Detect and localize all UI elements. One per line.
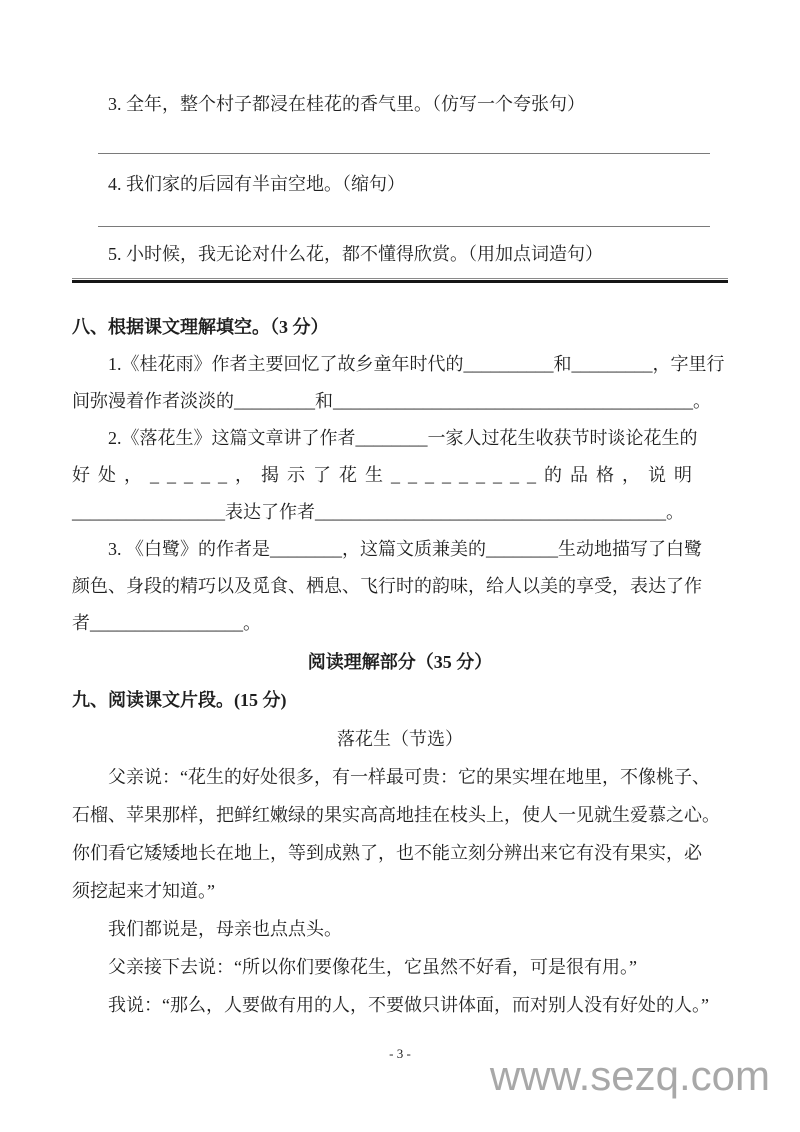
passage-line: 石榴、苹果那样，把鲜红嫩绿的果实高高地挂在枝头上，使人一见就生爱慕之心。 [72,796,728,834]
fill-blank-question-2: 2.《落花生》这篇文章讲了作者________一家人过花生收获节时谈论花生的 好… [72,420,728,531]
document-content: 3. 全年，整个村子都浸在桂花的香气里。（仿写一个夸张句） 4. 我们家的后园有… [72,0,728,1024]
question-line: 颜色、身段的精巧以及觅食、栖息、飞行时的韵味，给人以美的享受，表达了作 [72,568,728,605]
passage-line: 父亲接下去说：“所以你们要像花生，它虽然不好看，可是很有用。” [72,948,728,986]
section-divider-rule [72,278,728,283]
passage-paragraph-2: 我们都说是，母亲也点点头。 [72,910,728,948]
passage-line: 父亲说：“花生的好处很多，有一样最可贵：它的果实埋在地里，不像桃子、 [72,758,728,796]
passage-line: 须挖起来才知道。” [72,872,728,910]
passage-line: 你们看它矮矮地长在地上，等到成熟了，也不能立刻分辨出来它有没有果实，必 [72,834,728,872]
question-5-sentence: 5. 小时候，我无论对什么花，都不懂得欣赏。（用加点词造句） [72,236,728,273]
question-line: 3. 《白鹭》的作者是________，这篇文质兼美的________生动地描写… [72,531,728,568]
question-3-sentence: 3. 全年，整个村子都浸在桂花的香气里。（仿写一个夸张句） [72,86,728,123]
question-line: 好处，_____，揭示了花生_________的品格，说明 [72,457,728,494]
fill-blank-question-3: 3. 《白鹭》的作者是________，这篇文质兼美的________生动地描写… [72,531,728,642]
watermark-text: www.sezq.com [490,1052,770,1100]
section-nine-heading: 九、阅读课文片段。(15 分) [72,682,728,719]
document-page: 3. 全年，整个村子都浸在桂花的香气里。（仿写一个夸张句） 4. 我们家的后园有… [0,0,800,1132]
question-line: 间弥漫着作者淡淡的_________和_____________________… [72,383,728,420]
question-line: _________________表达了作者__________________… [72,494,728,531]
answer-blank-line-2 [98,226,710,227]
passage-paragraph-3: 父亲接下去说：“所以你们要像花生，它虽然不好看，可是很有用。” [72,948,728,986]
question-line: 2.《落花生》这篇文章讲了作者________一家人过花生收获节时谈论花生的 [72,420,728,457]
question-line: 1.《桂花雨》作者主要回忆了故乡童年时代的__________和________… [72,346,728,383]
fill-blank-question-1: 1.《桂花雨》作者主要回忆了故乡童年时代的__________和________… [72,346,728,420]
section-eight-heading: 八、根据课文理解填空。（3 分） [72,309,728,346]
passage-paragraph-4: 我说：“那么，人要做有用的人，不要做只讲体面，而对别人没有好处的人。” [72,986,728,1024]
passage-paragraph-1: 父亲说：“花生的好处很多，有一样最可贵：它的果实埋在地里，不像桃子、 石榴、苹果… [72,758,728,910]
passage-line: 我说：“那么，人要做有用的人，不要做只讲体面，而对别人没有好处的人。” [72,986,728,1024]
question-line: 者_________________。 [72,605,728,642]
passage-line: 我们都说是，母亲也点点头。 [72,910,728,948]
reading-part-heading: 阅读理解部分（35 分） [72,644,728,681]
answer-blank-line-1 [98,153,710,154]
passage-title: 落花生（节选） [72,721,728,758]
question-4-sentence: 4. 我们家的后园有半亩空地。（缩句） [72,166,728,203]
